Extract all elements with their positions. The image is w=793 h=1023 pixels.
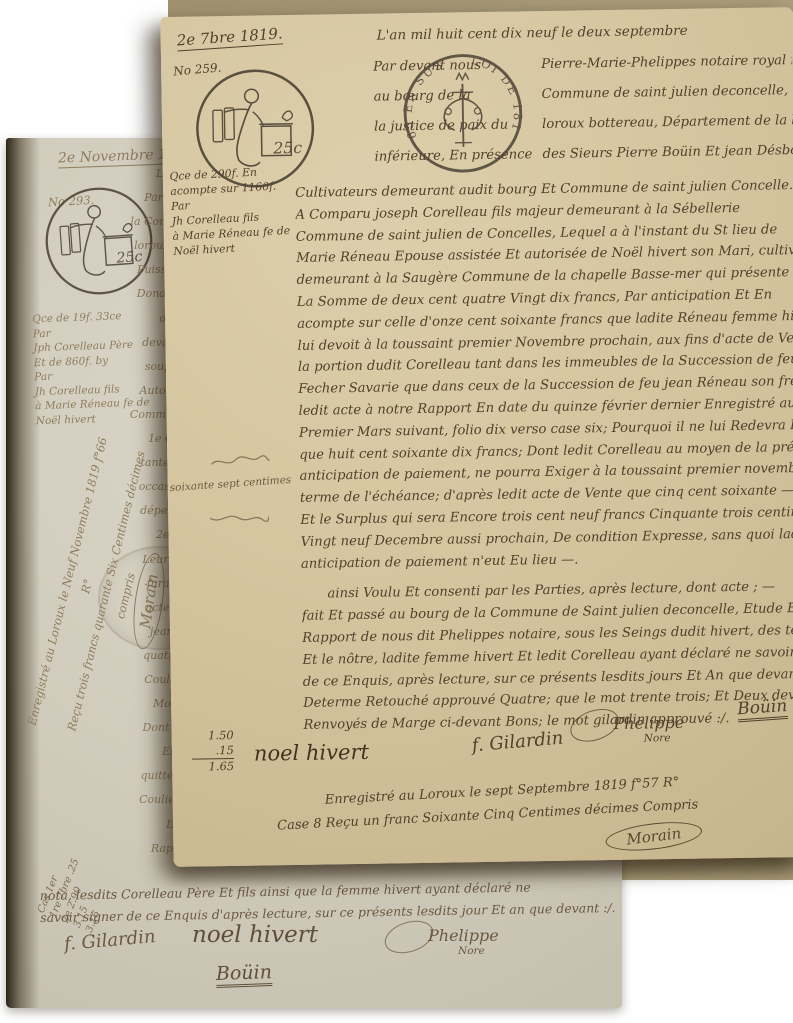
intro-right: loroux bottereau, Département de la loir…: [542, 113, 793, 147]
signature-gilardin: f. Gilardin: [63, 926, 156, 955]
surtax-stamp-loi-1816-icon: 65 EN SUS LOI DE 1816: [399, 49, 527, 177]
paraph-squiggle-icon: [208, 509, 270, 526]
fee-total: 1.65: [192, 759, 234, 775]
signature-hivert: noel hivert: [192, 922, 318, 948]
timbre-stamp-25c-icon: 25c: [191, 65, 319, 193]
intro-right: des Sieurs Pierre Boüin Et jean Désbordi…: [542, 143, 793, 177]
intro-right: Commune de saint julien deconcelle, ress…: [542, 83, 793, 117]
front-document-sheet: 2e 7bre 1819. No 259. 25c: [160, 7, 793, 867]
fee-line: 1.50: [192, 728, 234, 744]
back-closing-text: nota, lesdits Corelleau Père Et fils ain…: [40, 875, 615, 929]
front-margin-correction: soixante sept centimes: [169, 474, 291, 494]
surtax-arc-left: 65 EN SUS: [400, 57, 448, 142]
signature-phelippes-name: Phelippe: [613, 713, 684, 733]
svg-text:65 EN SUS: 65 EN SUS: [400, 57, 448, 142]
fee-tally: 1.50 .15 1.65: [192, 728, 235, 775]
deed-body-text: Cultivateurs demeurant audit bourg Et Co…: [295, 175, 793, 737]
text-line: Rapp: [128, 837, 180, 861]
fee-line: .15: [192, 743, 234, 760]
stamp-denomination: 25c: [272, 138, 302, 157]
front-doc-date: 2e 7bre 1819.: [176, 24, 283, 51]
signature-phelippes-name: Phelippe: [428, 926, 499, 945]
intro-right: Pierre-Marie-Phelippes notaire royal rés…: [541, 53, 792, 87]
registrar-signature-name: Morain: [604, 818, 703, 855]
signature-phelippes-title: Nore: [458, 945, 793, 957]
opening-line: L'an mil huit cent dix neuf le deux sept…: [377, 23, 688, 44]
registrar-signature: Morain: [605, 823, 702, 851]
signature-hivert: noel hivert: [254, 740, 369, 766]
paraph-squiggle-icon: [209, 453, 271, 470]
signature-bouin: Boüin: [216, 961, 273, 988]
signature-phelippes: Phelippe Nore: [428, 926, 793, 957]
signature-bouin: Boüin: [737, 696, 789, 722]
photo-of-notarial-documents: 2e Novembre 1819. No 293. 25c Qce de 19f…: [0, 0, 793, 1023]
